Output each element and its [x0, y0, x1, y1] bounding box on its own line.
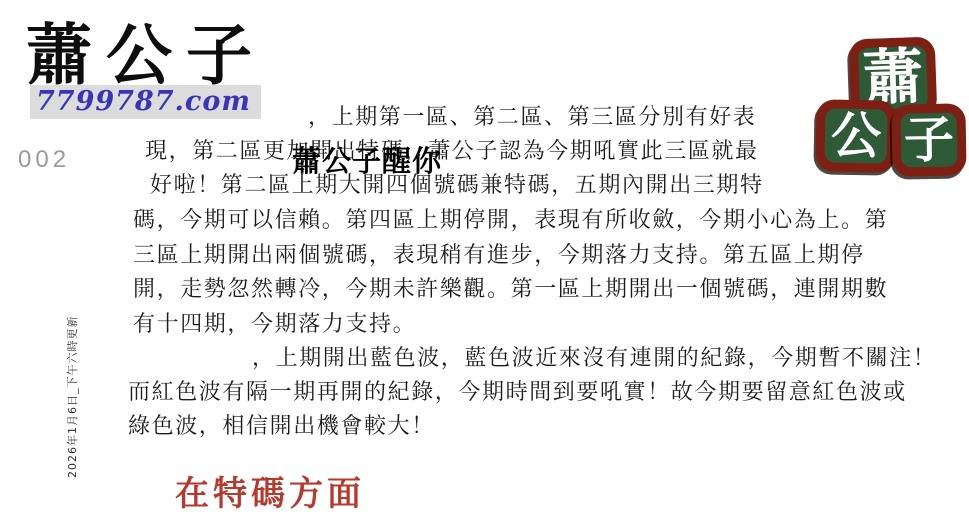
red-section-heading: 在特碼方面 — [175, 466, 365, 512]
seal-logo: 蕭 公 子 — [812, 34, 969, 179]
article-line: 三區上期開出兩個號碼，表現稍有進步，今期落力支持。第五區上期停 — [133, 238, 865, 269]
seal-block-zi: 子 — [891, 103, 966, 176]
seal-inner: 公 — [825, 108, 888, 163]
article-line: 好啦！第二區上期大開四個號碼兼特碼，五期內開出三期特 — [150, 168, 764, 199]
masthead-title: 蕭公子 — [26, 2, 266, 97]
seal-char-zi: 子 — [904, 115, 955, 166]
article-line: 開，走勢忽然轉冷，今期未許樂觀。第一區上期開出一個號碼，連開期數 — [133, 272, 888, 303]
article-line: ，上期第一區、第二區、第三區分別有好表 — [308, 100, 756, 131]
update-timestamp-vertical: 2026年1月6日_下午六時更新 — [64, 316, 80, 479]
website-url: 7799787.com — [30, 85, 261, 119]
article-line: 而紅色波有隔一期再開的紀錄，今期時間到要吼實！故今期要留意紅色波或 — [128, 375, 907, 406]
article-line: 現，第二區更加開出特碼，蕭公子認為今期吼實此三區就最 — [145, 134, 759, 165]
article-line: 碼，今期可以信賴。第四區上期停開，表現有所收斂，今期小心為上。第 — [133, 203, 888, 234]
article-line: ，上期開出藍色波，藍色波近來沒有連開的紀錄，今期暫不關注！ — [252, 341, 936, 372]
overlay-heading: 蕭公子醒你 — [292, 139, 442, 180]
seal-block-gong: 公 — [815, 99, 896, 172]
tip-sheet-page: 蕭公子 7799787.com 002 2026年1月6日_下午六時更新 蕭 公… — [0, 0, 969, 512]
article-line: 綠色波，相信開出機會較大！ — [128, 409, 435, 440]
seal-char-gong: 公 — [831, 111, 882, 162]
seal-inner: 子 — [901, 113, 958, 168]
article-line: 有十四期，今期落力支持。 — [133, 307, 416, 338]
page-number: 002 — [18, 146, 70, 174]
